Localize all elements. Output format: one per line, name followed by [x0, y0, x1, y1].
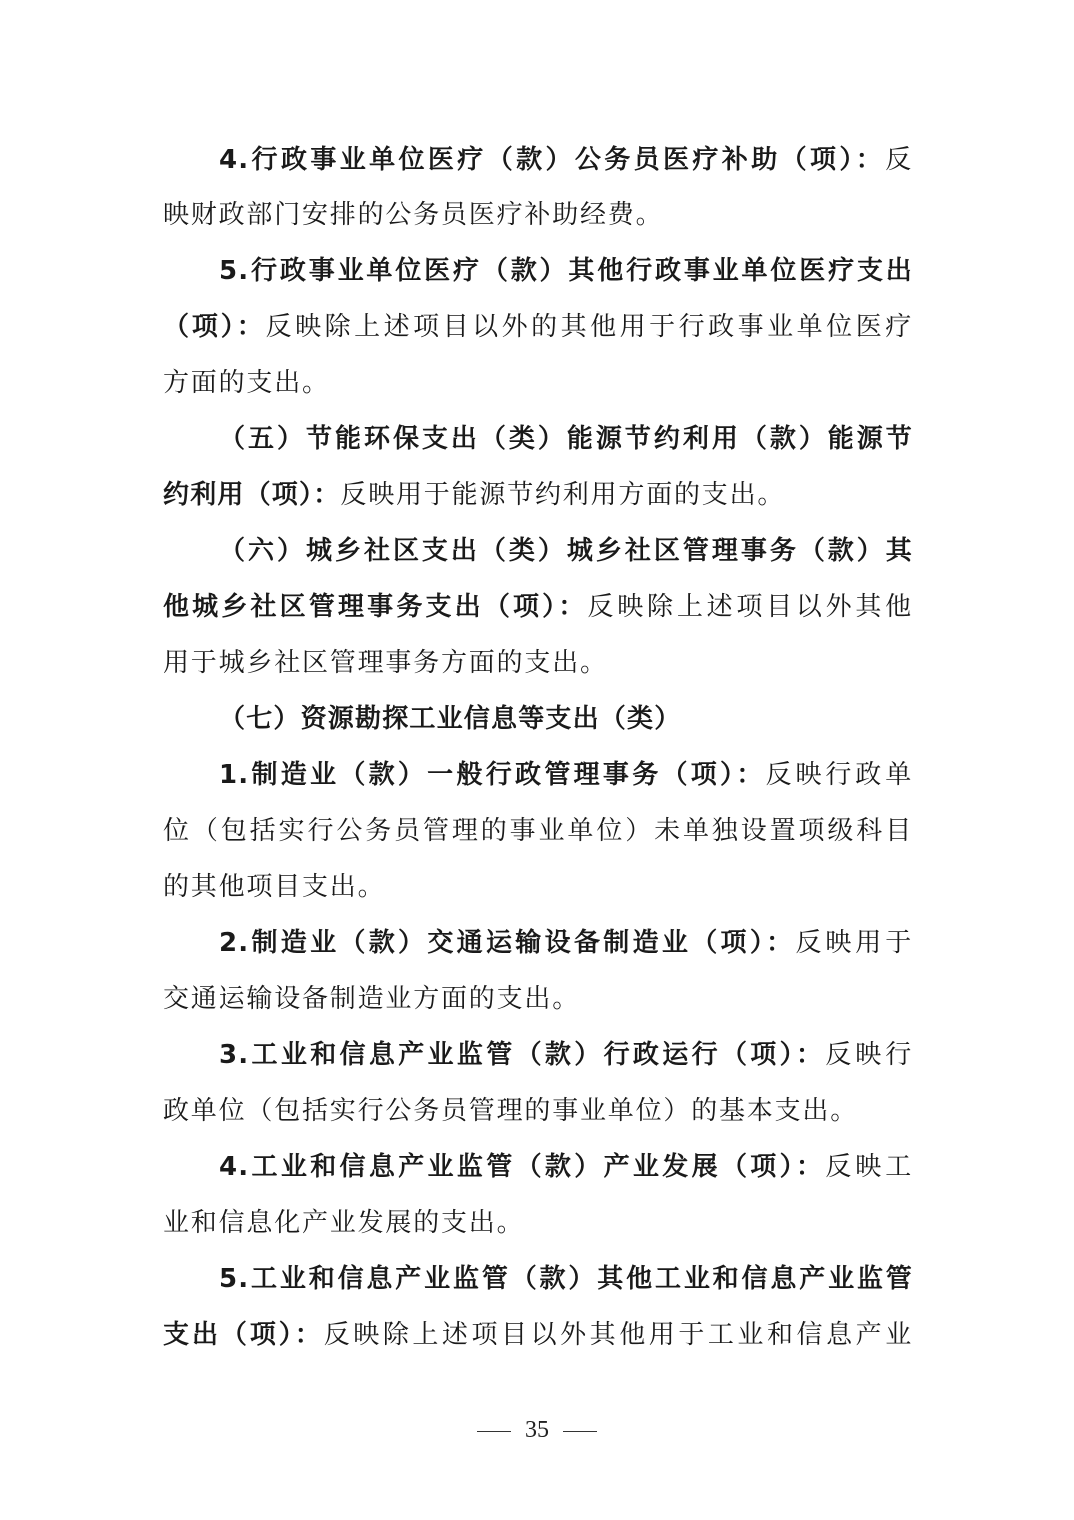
text-line: （六）城乡社区支出（类）城乡社区管理事务（款）其 — [219, 531, 913, 571]
bold-heading-text: （项）： — [163, 312, 266, 342]
bold-heading-text: （七）资源勘探工业信息等支出（类） — [219, 704, 681, 734]
text-line: 支出（项）：反映除上述项目以外其他用于工业和信息产业 — [163, 1315, 913, 1355]
body-text: 反映工 — [825, 1152, 913, 1182]
bold-heading-text: 4.工业和信息产业监管（款）产业发展（项）： — [219, 1152, 825, 1182]
document-page: 35 4.行政事业单位医疗（款）公务员医疗补助（项）：反映财政部门安排的公务员医… — [0, 0, 1074, 1520]
text-line: （项）：反映除上述项目以外的其他用于行政事业单位医疗 — [163, 307, 913, 347]
bold-heading-text: 他城乡社区管理事务支出（项）： — [163, 592, 588, 622]
bold-heading-text: 2.制造业（款）交通运输设备制造业（项）： — [219, 928, 795, 958]
body-text: 位（包括实行公务员管理的事业单位）未单独设置项级科目 — [163, 816, 913, 846]
text-line: 交通运输设备制造业方面的支出。 — [163, 979, 913, 1019]
text-line: 位（包括实行公务员管理的事业单位）未单独设置项级科目 — [163, 811, 913, 851]
text-line: 3.工业和信息产业监管（款）行政运行（项）：反映行 — [219, 1035, 913, 1075]
body-text: 交通运输设备制造业方面的支出。 — [163, 984, 580, 1014]
text-line: 4.工业和信息产业监管（款）产业发展（项）：反映工 — [219, 1147, 913, 1187]
page-footer: 35 — [0, 1412, 1074, 1448]
bold-heading-text: （六）城乡社区支出（类）城乡社区管理事务（款）其 — [219, 536, 913, 566]
bold-heading-text: 1.制造业（款）一般行政管理事务（项）： — [219, 760, 766, 790]
body-text: 反 — [885, 145, 913, 175]
bold-heading-text: 4.行政事业单位医疗（款）公务员医疗补助（项）： — [219, 145, 885, 175]
bold-heading-text: （五）节能环保支出（类）能源节约利用（款）能源节 — [219, 424, 913, 454]
body-text: 方面的支出。 — [163, 368, 330, 398]
bold-heading-text: 5.行政事业单位医疗（款）其他行政事业单位医疗支出 — [219, 256, 913, 286]
text-line: 方面的支出。 — [163, 363, 913, 403]
text-line: 的其他项目支出。 — [163, 867, 913, 907]
text-line: 5.行政事业单位医疗（款）其他行政事业单位医疗支出 — [219, 251, 913, 291]
text-line: 映财政部门安排的公务员医疗补助经费。 — [163, 195, 913, 235]
footer-dash-left — [477, 1431, 511, 1432]
body-text: 反映除上述项目以外的其他用于行政事业单位医疗 — [266, 312, 913, 342]
text-line: 他城乡社区管理事务支出（项）：反映除上述项目以外其他 — [163, 587, 913, 627]
bold-heading-text: 约利用（项）： — [163, 480, 340, 510]
text-line: 用于城乡社区管理事务方面的支出。 — [163, 643, 913, 683]
bold-heading-text: 5.工业和信息产业监管（款）其他工业和信息产业监管 — [219, 1264, 913, 1294]
footer-dash-right — [563, 1431, 597, 1432]
body-text: 用于城乡社区管理事务方面的支出。 — [163, 648, 608, 678]
text-line: （五）节能环保支出（类）能源节约利用（款）能源节 — [219, 419, 913, 459]
text-line: 业和信息化产业发展的支出。 — [163, 1203, 913, 1243]
body-text: 反映行政单 — [766, 760, 913, 790]
page-number: 35 — [525, 1417, 549, 1443]
body-text: 反映用于 — [795, 928, 913, 958]
body-text: 政单位（包括实行公务员管理的事业单位）的基本支出。 — [163, 1096, 858, 1126]
body-text: 反映用于能源节约利用方面的支出。 — [340, 480, 785, 510]
body-text: 映财政部门安排的公务员医疗补助经费。 — [163, 200, 663, 230]
text-line: 约利用（项）：反映用于能源节约利用方面的支出。 — [163, 475, 913, 515]
body-text: 反映除上述项目以外其他用于工业和信息产业 — [324, 1320, 913, 1350]
bold-heading-text: 支出（项）： — [163, 1320, 324, 1350]
body-text: 业和信息化产业发展的支出。 — [163, 1208, 524, 1238]
bold-heading-text: 3.工业和信息产业监管（款）行政运行（项）： — [219, 1040, 825, 1070]
body-text: 的其他项目支出。 — [163, 872, 385, 902]
text-line: 4.行政事业单位医疗（款）公务员医疗补助（项）：反 — [219, 140, 913, 180]
text-line: 政单位（包括实行公务员管理的事业单位）的基本支出。 — [163, 1091, 913, 1131]
text-line: 2.制造业（款）交通运输设备制造业（项）：反映用于 — [219, 923, 913, 963]
text-line: 5.工业和信息产业监管（款）其他工业和信息产业监管 — [219, 1259, 913, 1299]
text-line: 1.制造业（款）一般行政管理事务（项）：反映行政单 — [219, 755, 913, 795]
body-text: 反映行 — [825, 1040, 913, 1070]
body-text: 反映除上述项目以外其他 — [588, 592, 913, 622]
text-line: （七）资源勘探工业信息等支出（类） — [219, 699, 913, 739]
